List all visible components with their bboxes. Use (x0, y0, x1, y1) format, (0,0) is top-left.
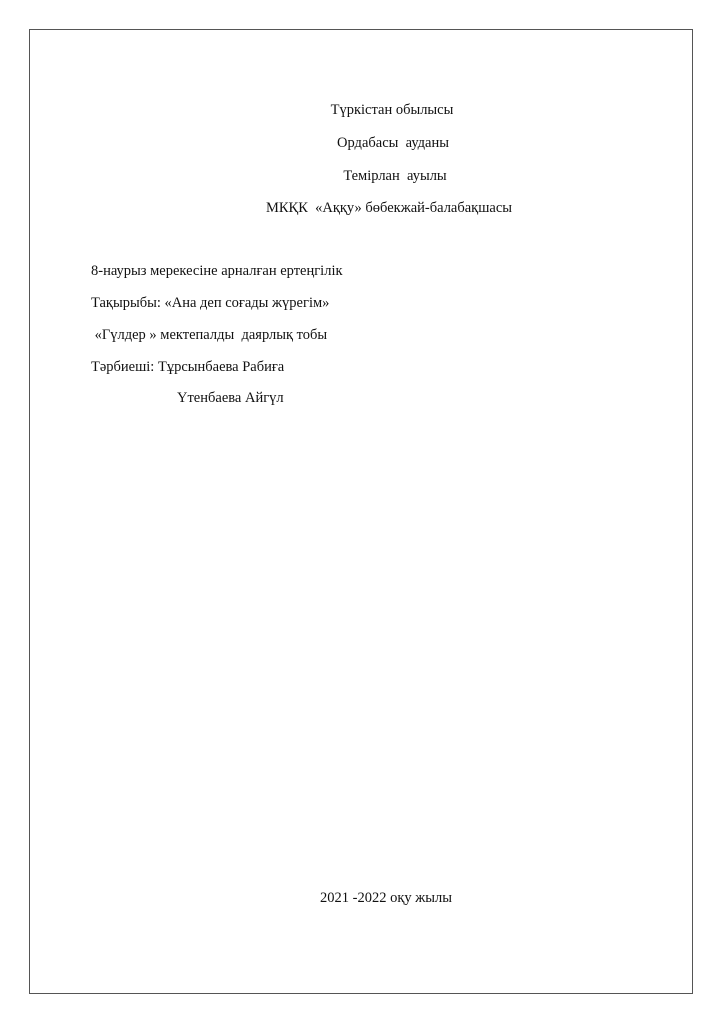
village-heading: Темірлан ауылы (33, 167, 724, 185)
group-line: «Гүлдер » мектепалды даярлық тобы (91, 326, 327, 344)
teacher-line: Тәрбиеші: Тұрсынбаева Рабиға (91, 358, 284, 376)
topic-line: Тақырыбы: «Ана деп соғады жүрегім» (91, 294, 329, 312)
region-heading: Түркістан обылысы (30, 101, 724, 119)
district-heading: Ордабасы ауданы (31, 134, 724, 152)
event-title: 8-наурыз мерекесіне арналған ертеңгілік (91, 262, 343, 280)
school-year: 2021 -2022 оқу жылы (320, 889, 452, 907)
second-teacher-line: Үтенбаева Айгүл (177, 389, 284, 407)
institution-heading: МКҚК «Аққу» бөбекжай-балабақшасы (27, 199, 724, 217)
